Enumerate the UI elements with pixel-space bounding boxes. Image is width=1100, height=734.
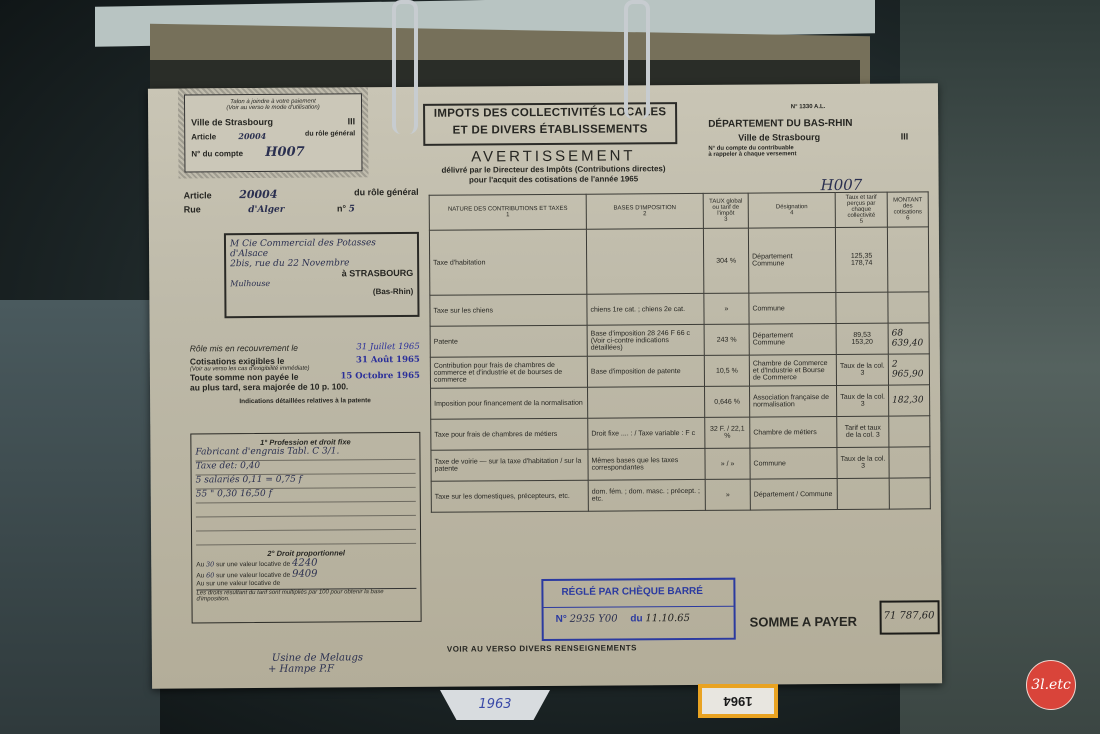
designation-cell: Commune (749, 292, 836, 324)
cheque-number: 2935 Y00 (570, 613, 618, 624)
amount-cell (888, 292, 929, 323)
no-value: 5 (349, 204, 355, 214)
prop-prefix: Au (196, 572, 204, 579)
department-block: N° 1330 A.L. DÉPARTEMENT DU BAS-RHIN Vil… (708, 103, 908, 157)
rate-cell: » (705, 479, 750, 510)
prop-prefix: Au (196, 580, 204, 587)
stub-note-2: (Voir au verso le mode d'utilisation) (191, 104, 355, 111)
unpaid-date: 15 Octobre 1965 (340, 371, 419, 382)
handwritten-note: Usine de Melaugs + Hampe P.F (272, 652, 363, 675)
issuer-line-2: pour l'acquit des cotisations de l'année… (429, 174, 679, 186)
penalty-note: au plus tard, sera majorée de 10 p. 100. (190, 381, 420, 393)
total-box: 71 787,60 (880, 600, 940, 634)
base-cell (586, 228, 703, 294)
verso-note: VOIR AU VERSO DIVERS RENSEIGNEMENTS (447, 643, 637, 653)
amount-cell (887, 227, 928, 292)
header-nature: NATURE DES CONTRIBUTIONS ET TAXES1 (429, 194, 586, 230)
base-cell: Droit fixe .... : / Taxe variable : F c (588, 417, 705, 449)
stub-district: III (348, 116, 356, 126)
payment-stamp: RÉGLÉ PAR CHÈQUE BARRÉ N° 2935 Y00 du 11… (541, 578, 735, 641)
binder-ring (392, 0, 418, 134)
stub-account-value: H007 (265, 145, 305, 160)
prop-prefix: Au (196, 561, 204, 568)
table-row: Taxe de voirie — sur la taxe d'habitatio… (431, 447, 930, 481)
base-cell: dom. fém. ; dom. masc. ; précept. ; etc. (588, 479, 705, 511)
watermark-logo: 3l.etc (1026, 660, 1076, 710)
header-bases: BASES D'IMPOSITION2 (586, 193, 703, 229)
article-label: Article (184, 190, 212, 200)
rate-cell: » (704, 293, 749, 324)
collectivity-rate-cell: 89,53 153,20 (836, 323, 888, 354)
table-row: Taxe sur les chienschiens 1re cat. ; chi… (430, 292, 929, 326)
role-label: Rôle mis en recouvrement le (190, 343, 298, 354)
stub-article-suffix: du rôle général (305, 130, 355, 137)
nature-cell: Taxe sur les domestiques, précepteurs, e… (431, 480, 588, 512)
collectivity-rate-cell: Taux de la col. 3 (837, 447, 889, 478)
prop-rate: 60 (206, 571, 214, 579)
department-city: Ville de Strasbourg (738, 132, 820, 143)
amount-cell: 68 639,40 (888, 323, 929, 354)
department-district: III (901, 131, 909, 141)
handwritten-note-1: Usine de Melaugs (272, 652, 363, 664)
nature-cell: Patente (430, 325, 587, 357)
base-cell: Base d'imposition 28 246 F 66 c (Voir ci… (587, 324, 704, 356)
folder-tab-1964[interactable]: 1964 (698, 684, 778, 718)
profession-line: Taxe det: 0,40 (196, 460, 416, 476)
base-cell: Mêmes bases que les taxes correspondante… (588, 448, 705, 480)
prop-rate: 30 (206, 560, 214, 568)
stamp-text: RÉGLÉ PAR CHÈQUE BARRÉ (543, 580, 733, 608)
table-row: Taxe pour frais de chambres de métiersDr… (431, 416, 930, 450)
avertissement-heading: AVERTISSEMENT délivré par le Directeur d… (428, 147, 678, 186)
collectivity-rate-cell: Taux de la col. 3 (837, 385, 889, 416)
header-collectivity-rate: Taux et tarif perçus par chaque collecti… (835, 192, 887, 227)
collectivity-rate-cell (837, 478, 889, 509)
stamp-du-label: du (630, 613, 642, 624)
designation-cell: Département Commune (748, 227, 835, 293)
amount-cell (889, 478, 930, 509)
exigible-label: Cotisations exigibles le (190, 356, 285, 367)
stamp-no-label: N° (556, 614, 567, 625)
total-amount: 71 787,60 (882, 602, 938, 629)
designation-cell: Association française de normalisation (750, 385, 837, 417)
profession-line: 55 " 0,30 16,50 f (196, 488, 416, 504)
rate-cell: 0,646 % (705, 386, 750, 417)
collectivity-rate-cell (836, 292, 888, 323)
collectivity-rate-cell: 125,35 178,74 (835, 227, 887, 292)
nature-cell: Contribution pour frais de chambres de c… (430, 356, 587, 388)
nature-cell: Taxe pour frais de chambres de métiers (431, 418, 588, 450)
designation-cell: Commune (750, 447, 837, 479)
amount-cell (889, 416, 930, 447)
designation-cell: Département / Commune (750, 478, 837, 510)
total-label: SOMME A PAYER (750, 614, 857, 630)
table-row: PatenteBase d'imposition 28 246 F 66 c (… (430, 323, 929, 357)
stub-city: Ville de Strasbourg (191, 117, 273, 128)
nature-cell: Imposition pour financement de la normal… (431, 387, 588, 419)
prop-label: sur une valeur locative de (206, 580, 280, 588)
binder-ring (624, 0, 650, 119)
profession-box: 1° Profession et droit fixe Fabricant d'… (190, 432, 421, 624)
rate-cell: » / » (705, 448, 750, 479)
amount-cell: 182,30 (889, 385, 930, 416)
base-cell (588, 386, 705, 418)
taxpayer-region: (Bas-Rhin) (230, 287, 413, 297)
stub-account-label: N° du compte (191, 149, 243, 158)
tax-notice-document: Talon à joindre à votre paiement (Voir a… (148, 83, 942, 689)
due-dates: Rôle mis en recouvrement le 31 Juillet 1… (190, 342, 420, 406)
table-row: Taxe sur les domestiques, précepteurs, e… (431, 478, 930, 512)
article-value: 20004 (239, 188, 277, 201)
account-label-2: à rappeler à chaque versement (708, 150, 908, 157)
header-rate: TAUX global ou tarif de l'impôt3 (703, 193, 748, 228)
profession-line: 5 salariés 0,11 = 0,75 f (196, 474, 416, 490)
payment-stub: Talon à joindre à votre paiement (Voir a… (178, 87, 369, 178)
designation-cell: Chambre de Commerce et d'Industrie et Bo… (749, 354, 836, 386)
taxpayer-address: M Cie Commercial des Potasses d'Alsace 2… (224, 232, 420, 318)
patente-note: Indications détaillées relatives à la pa… (190, 397, 420, 406)
amount-cell (889, 447, 930, 478)
rate-cell: 32 F. / 22,1 % (705, 417, 750, 448)
form-number: N° 1330 A.L. (708, 103, 908, 110)
article-suffix: du rôle général (354, 187, 419, 197)
designation-cell: Chambre de métiers (750, 416, 837, 448)
prop-value: 4240 (292, 558, 318, 569)
no-label: n° (337, 203, 346, 213)
base-cell: Base d'imposition de patente (587, 355, 704, 387)
doc-type: AVERTISSEMENT (428, 147, 678, 166)
department-name: DÉPARTEMENT DU BAS-RHIN (708, 117, 908, 129)
prop-label: sur une valeur locative de (216, 561, 290, 569)
rate-cell: 10,5 % (704, 355, 749, 386)
prop-value: 9409 (292, 569, 318, 580)
rate-cell: 243 % (704, 324, 749, 355)
profession-line: Fabricant d'engrais Tabl. C 3/1. (195, 446, 415, 462)
exigible-date: 31 Août 1965 (356, 355, 420, 365)
table-row: Taxe d'habitation304 %Département Commun… (429, 227, 928, 295)
collectivity-rate-cell: Tarif et taux de la col. 3 (837, 416, 889, 447)
nature-cell: Taxe sur les chiens (430, 294, 587, 326)
rate-cell: 304 % (703, 228, 748, 293)
rue-label: Rue (184, 204, 201, 214)
handwritten-note-2: + Hampe P.F (268, 663, 363, 675)
prop-label: sur une valeur locative de (216, 572, 290, 580)
folder-tab-1963[interactable]: 1963 (440, 690, 550, 720)
designation-cell: Département Commune (749, 323, 836, 355)
taxpayer-article: Article 20004 du rôle général Rue d'Alge… (184, 187, 419, 216)
table-row: Contribution pour frais de chambres de c… (430, 354, 929, 388)
table-row: Imposition pour financement de la normal… (431, 385, 930, 419)
stub-article-label: Article (191, 132, 216, 141)
header-designation: Désignation4 (748, 192, 835, 228)
stub-article-value: 20004 (238, 131, 266, 141)
nature-cell: Taxe d'habitation (429, 229, 586, 295)
nature-cell: Taxe de voirie — sur la taxe d'habitatio… (431, 449, 588, 481)
title-line-2: ET DE DIVERS ÉTABLISSEMENTS (425, 121, 675, 140)
proportional-footer: Les droits résultant du tarif sont multi… (196, 588, 416, 603)
taxpayer-city: à STRASBOURG (230, 268, 413, 279)
collectivity-rate-cell: Taux de la col. 3 (836, 354, 888, 385)
payment-date: 11.10.65 (645, 613, 690, 624)
role-date: 31 Juillet 1965 (356, 342, 419, 352)
amount-cell: 2 965,90 (888, 354, 929, 385)
background-folder-left (0, 300, 160, 734)
base-cell: chiens 1re cat. ; chiens 2e cat. (587, 293, 704, 325)
rue-value: d'Alger (248, 205, 284, 215)
tax-table: NATURE DES CONTRIBUTIONS ET TAXES1 BASES… (429, 191, 931, 512)
header-amount: MONTANT des cotisations6 (887, 192, 928, 227)
